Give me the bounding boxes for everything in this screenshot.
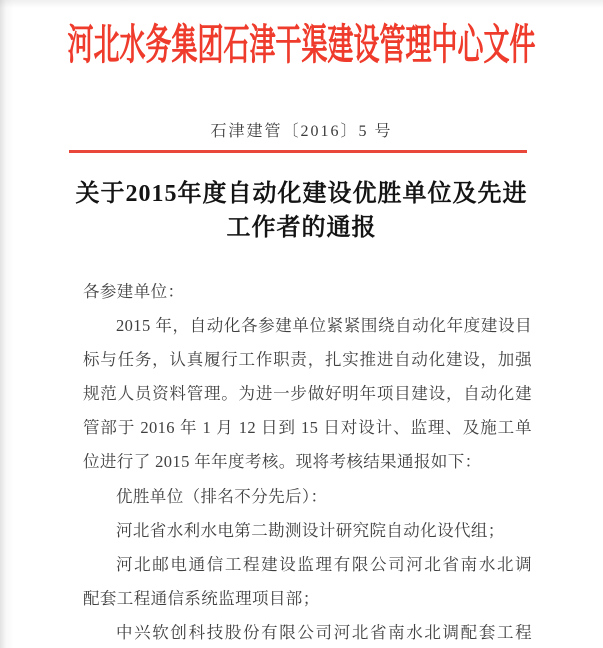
document-body: 各参建单位： 2015 年，自动化各参建单位紧紧围绕自动化年度建设目 标与任务，… <box>83 275 532 648</box>
body-line: 管部于 2016 年 1 月 12 日到 15 日对设计、监理、及施工单 <box>83 411 532 445</box>
body-line: 规范人员资料管理。为进一步做好明年项目建设，自动化建 <box>83 377 532 411</box>
letterhead-org-title: 河北水务集团石津干渠建设管理中心文件 <box>0 25 603 67</box>
document-page: 河北水务集团石津干渠建设管理中心文件 石津建管〔2016〕5 号 关于2015年… <box>0 0 603 648</box>
document-title: 关于2015年度自动化建设优胜单位及先进 工作者的通报 <box>0 177 603 245</box>
body-line: 标与任务，认真履行工作职责，扎实推进自动化建设，加强 <box>83 343 532 377</box>
document-title-line1: 关于2015年度自动化建设优胜单位及先进 <box>0 177 603 211</box>
salutation-line: 各参建单位： <box>83 275 532 309</box>
red-divider-line <box>69 150 527 153</box>
body-line: 中兴软创科技股份有限公司河北省南水北调配套工程 <box>83 616 532 648</box>
document-number: 石津建管〔2016〕5 号 <box>0 121 603 142</box>
document-title-line2: 工作者的通报 <box>0 211 603 245</box>
scan-top-artifact <box>0 0 603 8</box>
body-line: 位进行了 2015 年年度考核。现将考核结果通报如下： <box>83 445 532 479</box>
scan-edge-artifact <box>0 0 14 648</box>
body-line: 河北省水利水电第二勘测设计研究院自动化设代组； <box>83 514 532 548</box>
body-line: 河北邮电通信工程建设监理有限公司河北省南水北调 <box>83 548 532 582</box>
body-line: 2015 年，自动化各参建单位紧紧围绕自动化年度建设目 <box>83 309 532 343</box>
body-line: 优胜单位（排名不分先后）： <box>83 480 532 514</box>
body-line: 配套工程通信系统监理项目部； <box>83 582 532 616</box>
